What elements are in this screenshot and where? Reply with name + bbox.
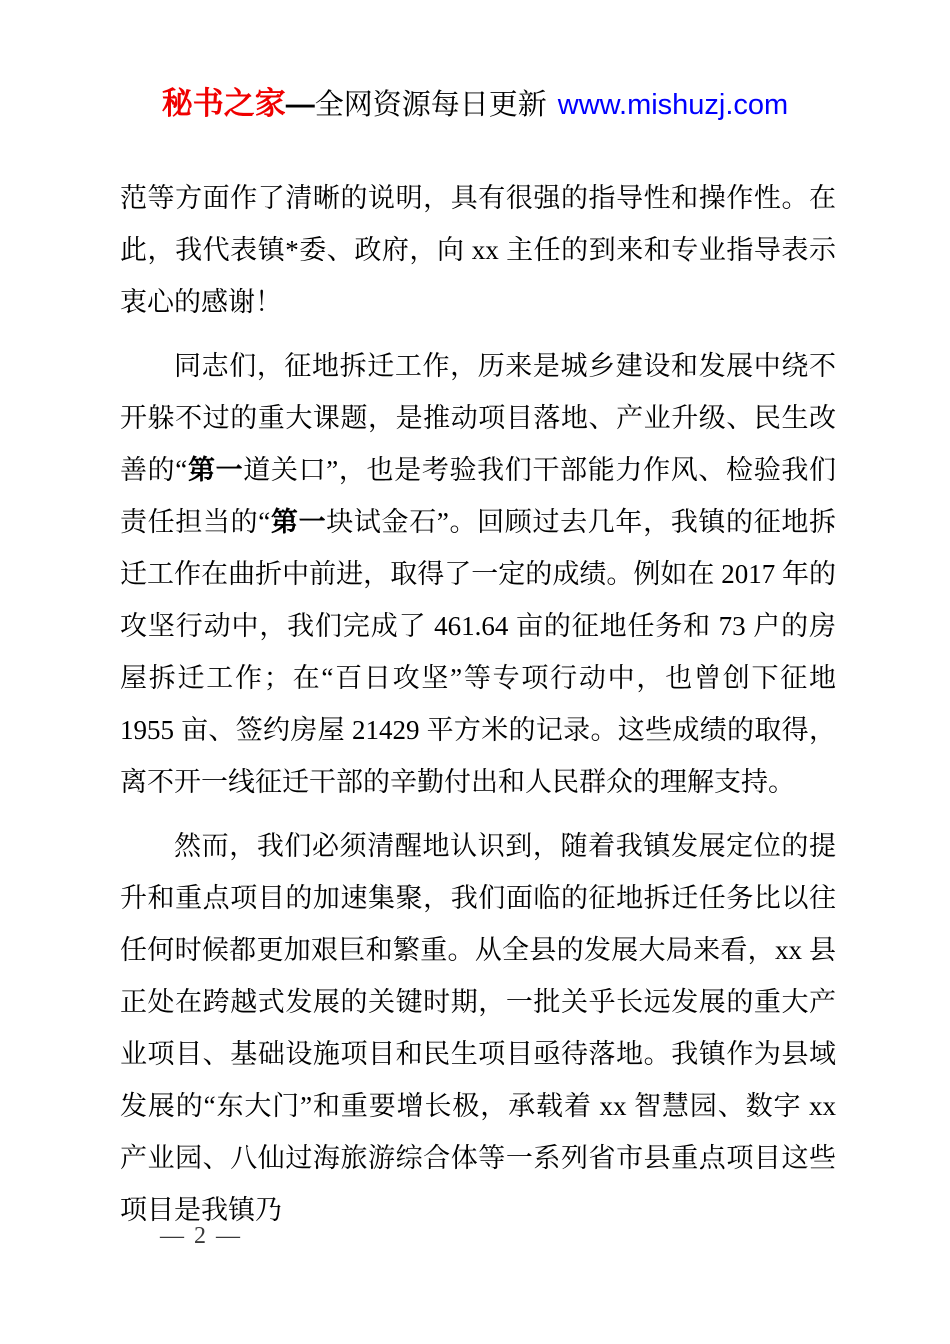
- text-run-bold: 第一: [270, 507, 326, 537]
- paragraph-1: 范等方面作了清晰的说明，具有很强的指导性和操作性。在此，我代表镇*委、政府，向 …: [120, 172, 836, 328]
- site-brand: 秘书之家: [162, 86, 286, 121]
- document-page: 秘书之家—全网资源每日更新www.mishuzj.com 范等方面作了清晰的说明…: [0, 0, 950, 1344]
- text-run: 块试金石”。回顾过去几年，我镇的征地拆迁工作在曲折中前进，取得了一定的成绩。例如…: [120, 507, 836, 797]
- text-run: 然而，我们必须清醒地认识到，随着我镇发展定位的提升和重点项目的加速集聚，我们面临…: [120, 831, 836, 1225]
- page-number: — 2 —: [160, 1220, 242, 1252]
- site-url-link[interactable]: www.mishuzj.com: [558, 89, 788, 121]
- document-body: 范等方面作了清晰的说明，具有很强的指导性和操作性。在此，我代表镇*委、政府，向 …: [120, 172, 836, 1248]
- paragraph-3: 然而，我们必须清醒地认识到，随着我镇发展定位的提升和重点项目的加速集聚，我们面临…: [120, 820, 836, 1236]
- text-run: 范等方面作了清晰的说明，具有很强的指导性和操作性。在此，我代表镇*委、政府，向 …: [120, 183, 836, 317]
- header-tagline: 全网资源每日更新: [315, 89, 547, 121]
- paragraph-2: 同志们，征地拆迁工作，历来是城乡建设和发展中绕不开躲不过的重大课题，是推动项目落…: [120, 340, 836, 808]
- page-header: 秘书之家—全网资源每日更新www.mishuzj.com: [0, 84, 950, 125]
- text-run-bold: 第一: [187, 455, 243, 485]
- header-separator: —: [286, 89, 315, 121]
